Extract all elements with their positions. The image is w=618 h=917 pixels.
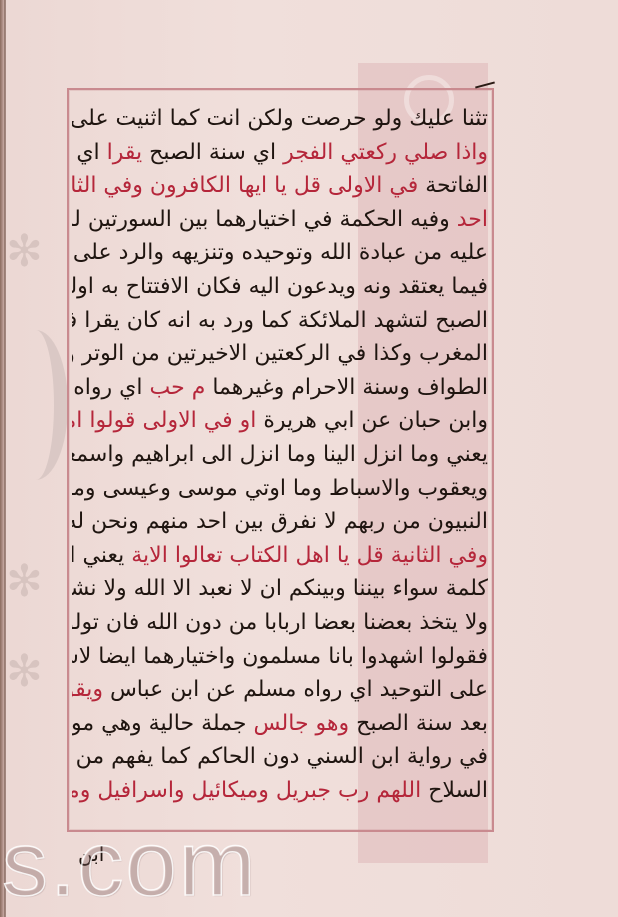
- manuscript-line: احد وفيه الحكمة في اختيارهما بين السورتي…: [72, 203, 488, 237]
- rubric-text: او في الاولى قولوا امنا بالله الاية: [72, 408, 256, 433]
- rubric-text: م حب: [150, 375, 206, 400]
- body-text: الفاتحة: [418, 173, 488, 198]
- body-text: عليه من عبادة الله وتوحيده وتنزيهه والرد…: [72, 240, 488, 265]
- bleed-through-crescent: [4, 330, 68, 480]
- manuscript-line: وابن حبان عن ابي هريرة او في الاولى قولو…: [72, 404, 488, 438]
- bleed-through-ornament: ✻: [6, 650, 66, 694]
- rubric-text: ويقول: [72, 677, 103, 702]
- body-text: في رواية ابن السني دون الحاكم كما يفهم م…: [72, 744, 488, 769]
- rubric-text: واذا صلي ركعتي الفجر: [283, 140, 488, 165]
- manuscript-line: فقولوا اشهدوا بانا مسلمون واختيارهما ايض…: [72, 640, 488, 674]
- body-text: الصبح لتشهد الملائكة كما ورد به انه كان …: [72, 308, 488, 333]
- body-text: يعني الى: [72, 543, 131, 568]
- manuscript-line: المغرب وكذا في الركعتين الاخيرتين من الو…: [72, 337, 488, 371]
- manuscript-line: الفاتحة في الاولى قل يا ايها الكافرون وف…: [72, 169, 488, 203]
- rubric-text: وفي الثانية قل يا اهل الكتاب تعالوا الاي…: [131, 543, 488, 568]
- body-text: بعد سنة الصبح: [349, 711, 488, 736]
- manuscript-line: وفي الثانية قل يا اهل الكتاب تعالوا الاي…: [72, 539, 488, 573]
- body-text: وابن حبان عن ابي هريرة: [256, 408, 488, 433]
- body-text: يعني وما انزل الينا وما انزل الى ابراهيم…: [72, 442, 488, 467]
- body-text: الطواف وسنة الاحرام وغيرهما: [205, 375, 488, 400]
- body-text: اي بعد: [72, 140, 107, 165]
- bleed-through-ornament: ✻: [6, 230, 66, 274]
- body-text: وفيه الحكمة في اختيارهما بين السورتين لم…: [72, 207, 457, 232]
- binding-gutter: [4, 0, 6, 917]
- manuscript-text-block: تثنا عليك ولو حرصت ولكن انت كما اثنيت عل…: [72, 102, 488, 807]
- body-text: النبيون من ربهم لا نفرق بين احد منهم ونح…: [72, 509, 488, 534]
- body-text: تثنا عليك ولو حرصت ولكن انت كما اثنيت عل…: [72, 106, 488, 131]
- manuscript-line: كلمة سواء بيننا وبينكم ان لا نعبد الا ال…: [72, 572, 488, 606]
- rubric-text: يقرا: [107, 140, 143, 165]
- manuscript-line: تثنا عليك ولو حرصت ولكن انت كما اثنيت عل…: [72, 102, 488, 136]
- body-text: اي رواه مسلم: [72, 375, 150, 400]
- rubric-text: احد: [457, 207, 488, 232]
- body-text: على التوحيد اي رواه مسلم عن ابن عباس: [103, 677, 488, 702]
- manuscript-line: السلاح اللهم رب جبريل وميكائيل واسرافيل …: [72, 774, 488, 808]
- manuscript-line: بعد سنة الصبح وهو جالس جملة حالية وهي مو…: [72, 707, 488, 741]
- rubric-text: في الاولى قل يا ايها الكافرون وفي الثاني…: [72, 173, 418, 198]
- manuscript-line: في رواية ابن السني دون الحاكم كما يفهم م…: [72, 740, 488, 774]
- manuscript-line: النبيون من ربهم لا نفرق بين احد منهم ونح…: [72, 505, 488, 539]
- manuscript-line: على التوحيد اي رواه مسلم عن ابن عباس ويق…: [72, 673, 488, 707]
- manuscript-line: عليه من عبادة الله وتوحيده وتنزيهه والرد…: [72, 236, 488, 270]
- body-text: ويعقوب والاسباط وما اوتي موسى وعيسى وما …: [72, 476, 488, 501]
- body-text: كلمة سواء بيننا وبينكم ان لا نعبد الا ال…: [72, 576, 488, 601]
- body-text: فيما يعتقد ونه ويدعون اليه فكان الافتتاح…: [72, 274, 488, 299]
- manuscript-line: الطواف وسنة الاحرام وغيرهما م حب اي رواه…: [72, 371, 488, 405]
- rubric-text: وهو جالس: [253, 711, 349, 736]
- site-watermark-text: s.com: [2, 818, 257, 910]
- manuscript-line: واذا صلي ركعتي الفجر اي سنة الصبح يقرا ا…: [72, 136, 488, 170]
- bleed-through-ornament: ✻: [6, 560, 66, 604]
- rubric-text: اللهم رب جبريل وميكائيل واسرافيل ومحمد: [72, 778, 421, 803]
- manuscript-line: الصبح لتشهد الملائكة كما ورد به انه كان …: [72, 304, 488, 338]
- manuscript-line: فيما يعتقد ونه ويدعون اليه فكان الافتتاح…: [72, 270, 488, 304]
- body-text: المغرب وكذا في الركعتين الاخيرتين من الو…: [72, 341, 488, 366]
- body-text: السلاح: [421, 778, 488, 803]
- body-text: جملة حالية وهي موجودة: [72, 711, 253, 736]
- manuscript-line: يعني وما انزل الينا وما انزل الى ابراهيم…: [72, 438, 488, 472]
- body-text: فقولوا اشهدوا بانا مسلمون واختيارهما ايض…: [72, 644, 488, 669]
- body-text: ولا يتخذ بعضنا بعضا اربابا من دون الله ف…: [72, 610, 488, 635]
- body-text: اي سنة الصبح: [142, 140, 283, 165]
- manuscript-page: ✻ ✻ ✻ تثنا عليك ولو حرصت ولكن انت كما اث…: [0, 0, 618, 917]
- manuscript-line: ولا يتخذ بعضنا بعضا اربابا من دون الله ف…: [72, 606, 488, 640]
- manuscript-line: ويعقوب والاسباط وما اوتي موسى وعيسى وما …: [72, 472, 488, 506]
